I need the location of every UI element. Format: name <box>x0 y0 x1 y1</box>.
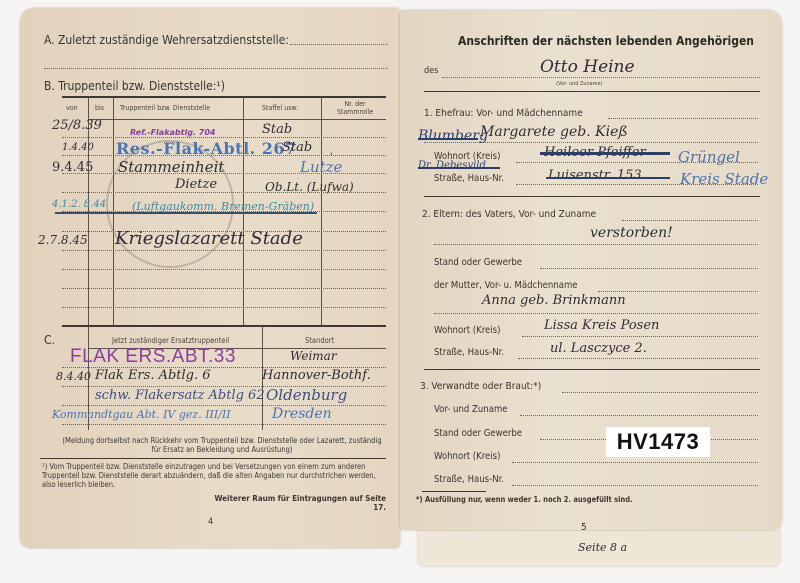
row1-unit-stamp: Ref.-Flakabtlg. 704 <box>130 128 215 137</box>
stand-label-3: Stand oder Gewerbe <box>434 428 522 439</box>
field-line <box>622 220 758 221</box>
strasse-value-1: Kreis Stade <box>680 170 768 188</box>
right-page-title: Anschriften der nächsten lebenden Angehö… <box>458 34 754 48</box>
col-header-bis: bis <box>95 104 104 112</box>
field-line <box>540 268 758 269</box>
row1-von: 25/8.39 <box>52 118 102 133</box>
right-footnote: *) Ausfüllung nur, wenn weder 1. noch 2.… <box>416 495 633 504</box>
col-header-nr: Nr. der Stammrolle <box>326 100 384 116</box>
strikethrough <box>540 152 670 155</box>
wohnort-value-1: Grüngel <box>678 148 740 166</box>
c-row2-date: 8.4.40 <box>56 370 91 383</box>
row-line <box>62 137 386 138</box>
footnote-rule <box>40 458 386 459</box>
row2-unit-stamp: Res.-Flak-Abtl. 267 <box>116 139 297 158</box>
continuation-note: Weiterer Raum für Eintragungen auf Seite… <box>200 494 386 512</box>
vater-value: verstorben! <box>590 225 673 241</box>
right-page-number: 5 <box>581 522 587 533</box>
divider <box>424 196 760 197</box>
des-line <box>442 77 760 78</box>
field-line <box>512 485 758 486</box>
mutter-value: Anna geb. Brinkmann <box>482 293 626 308</box>
col-header-unit: Truppenteil bzw. Dienststelle <box>120 104 210 112</box>
section-3-label: 3. Verwandte oder Braut:*) <box>420 381 541 392</box>
row-line <box>62 405 386 406</box>
c-row4-unit: Kommandtgau Abt. IV gez. III/II <box>52 408 231 421</box>
inventory-tag: HV1473 <box>606 427 710 457</box>
row-line <box>62 307 386 308</box>
strasse-crossed-1: Luisenstr. 153 <box>548 168 642 183</box>
row5-von: 4.1.2. 8.44 <box>52 199 106 210</box>
c-row3-standort: Oldenburg <box>266 386 347 404</box>
c-row1-unit-stamp: FLAK ERS.ABT.33 <box>70 346 236 368</box>
c-row3-unit: schw. Flakersatz Abtlg 62 <box>95 388 265 403</box>
des-sub: (Vor- und Zuname) <box>556 81 602 87</box>
row2-staffel: Stab <box>282 140 312 155</box>
field-line <box>520 415 758 416</box>
field-line <box>598 291 758 292</box>
left-page-number: 4 <box>208 517 213 527</box>
section-b-label: B. Truppenteil bzw. Dienststelle:¹) <box>44 79 225 93</box>
name-label-3: Vor- und Zuname <box>434 404 508 415</box>
col-header-staffel: Staffel usw. <box>262 104 298 112</box>
field-line <box>562 392 758 393</box>
section-2-label: 2. Eltern: des Vaters, Vor- und Zuname <box>422 209 596 220</box>
strasse-label-1: Straße, Haus-Nr. <box>434 173 504 184</box>
strasse-label-3: Straße, Haus-Nr. <box>434 474 504 485</box>
row3-unit: Stammeinheit <box>118 158 224 176</box>
section-c-label: C. <box>44 333 55 347</box>
row-line <box>62 250 386 251</box>
divider <box>424 91 760 92</box>
wohnort-value-2: Lissa Kreis Posen <box>544 318 659 333</box>
footnote-rule <box>422 491 486 492</box>
row4-staffel: Ob.Lt. (Lufwa) <box>265 180 354 194</box>
section-c-note: (Meldung dortselbst nach Rückkehr vom Tr… <box>60 436 384 454</box>
field-line <box>522 336 758 337</box>
row3-von: 9.4.45 <box>52 160 93 175</box>
strikethrough <box>418 167 500 169</box>
divider <box>424 369 760 370</box>
col-header-standort: Standort <box>305 336 334 345</box>
header-divider <box>88 119 386 120</box>
field-line <box>518 358 758 359</box>
mutter-label: der Mutter, Vor- u. Mädchenname <box>434 280 578 291</box>
row2-von: 1.4.40 <box>62 142 94 153</box>
ehefrau-name: Margarete geb. Kieß <box>480 124 628 140</box>
section-a-label: A. Zuletzt zuständige Wehrersatzdienstst… <box>44 33 289 47</box>
section-a-line <box>290 44 388 45</box>
row4-unit: Dietze <box>175 177 217 192</box>
stand-label-2: Stand oder Gewerbe <box>434 257 522 268</box>
strikethrough <box>418 138 478 140</box>
row3-staffel: Lutze <box>300 158 342 176</box>
col-header-von: von <box>66 104 78 112</box>
section-1-label: 1. Ehefrau: Vor- und Mädchenname <box>424 108 583 119</box>
row6-unit: Kriegslazarett Stade <box>115 228 303 249</box>
row-line <box>62 424 386 425</box>
field-line <box>434 313 758 314</box>
c-row2-unit: Flak Ers. Abtlg. 6 <box>95 368 211 383</box>
field-line <box>434 244 758 245</box>
wohnort-label-3: Wohnort (Kreis) <box>434 451 500 462</box>
crossed-place-2: Dr. Debesvild <box>418 160 486 171</box>
strasse-label-2: Straße, Haus-Nr. <box>434 347 504 358</box>
des-value: Otto Heine <box>540 57 635 77</box>
field-line <box>512 462 758 463</box>
c-row4-standort: Dresden <box>272 406 332 422</box>
field-line <box>608 118 758 119</box>
c-row2-standort: Hannover-Bothf. <box>262 368 371 383</box>
crossed-place-1: Blumberg <box>418 128 488 144</box>
row-line <box>62 288 386 289</box>
des-label: des <box>424 66 438 76</box>
below-note: Seite 8 a <box>578 541 627 554</box>
row6-von: 2.7.8.45 <box>38 233 88 247</box>
table-b-top-rule <box>62 96 386 98</box>
section-a-line-2 <box>44 68 388 69</box>
col-header-ersatz: Jetzt zuständiger Ersatztruppenteil <box>112 336 229 345</box>
strasse-value-2: ul. Lasczyce 2. <box>550 341 647 356</box>
strikethrough <box>546 177 670 179</box>
left-footnote: ¹) Vom Truppenteil bzw. Dienststelle ein… <box>42 462 386 489</box>
wohnort-label-2: Wohnort (Kreis) <box>434 325 500 336</box>
c-row1-standort: Weimar <box>290 349 337 363</box>
row1-staffel: Stab <box>262 122 292 137</box>
row2-nr: , <box>330 146 333 157</box>
row-line <box>62 269 386 270</box>
row5-strikethrough <box>55 212 317 214</box>
table-b-bottom-rule <box>62 325 386 327</box>
